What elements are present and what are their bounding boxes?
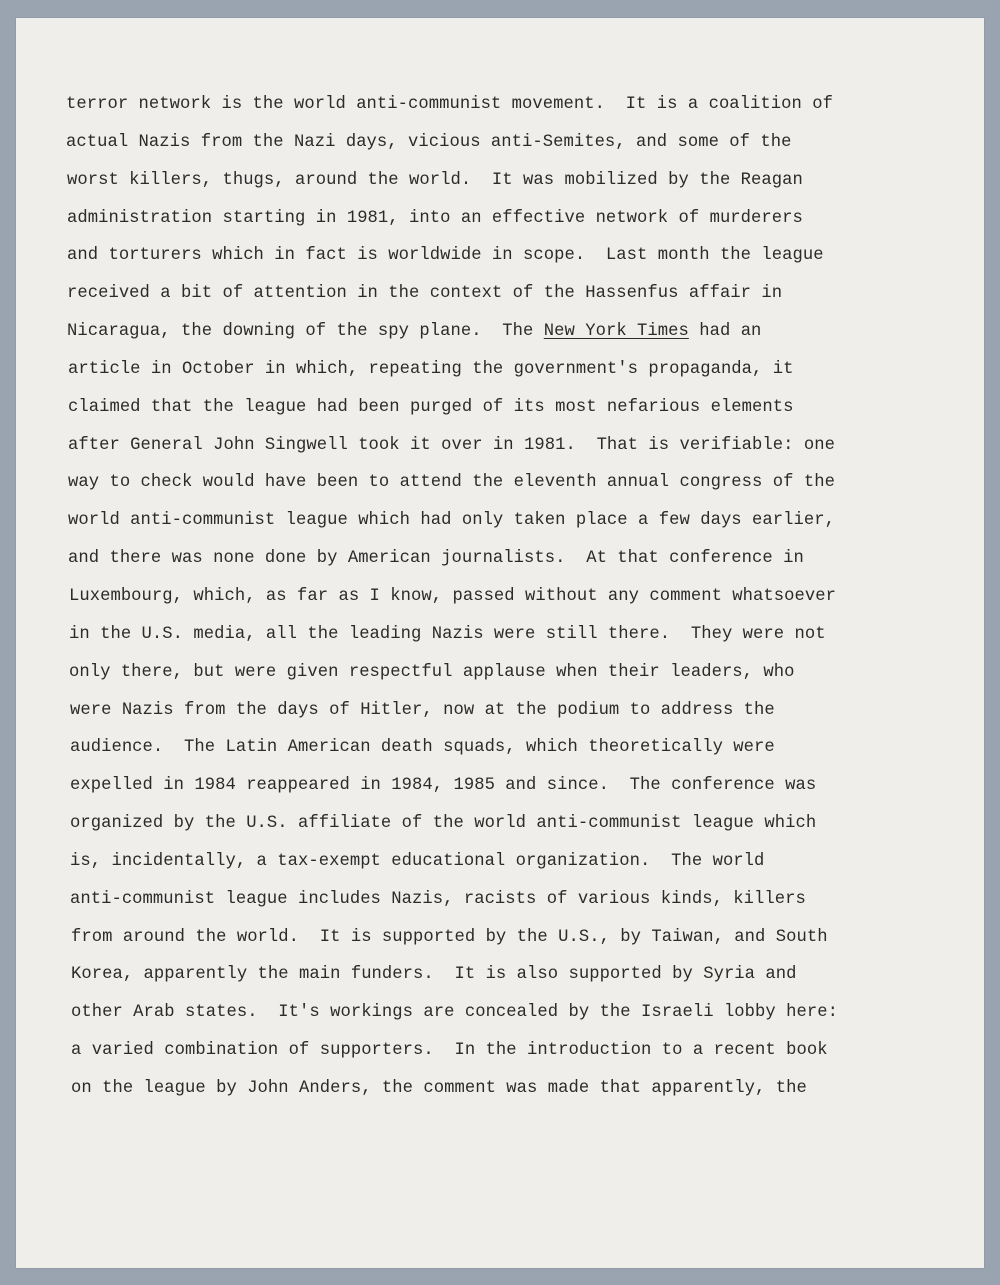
text-segment: had an: [689, 322, 762, 341]
text-line: anti-communist league includes Nazis, ra…: [66, 881, 966, 919]
text-line: in the U.S. media, all the leading Nazis…: [66, 616, 966, 654]
document-page: terror network is the world anti-communi…: [16, 18, 984, 1268]
text-line: administration starting in 1981, into an…: [66, 200, 966, 238]
text-line: world anti-communist league which had on…: [66, 502, 966, 540]
text-line: Korea, apparently the main funders. It i…: [66, 956, 966, 994]
text-line: actual Nazis from the Nazi days, vicious…: [66, 124, 966, 162]
text-line: were Nazis from the days of Hitler, now …: [66, 692, 966, 730]
text-line: worst killers, thugs, around the world. …: [66, 162, 966, 200]
text-line: after General John Singwell took it over…: [66, 427, 966, 465]
text-line: organized by the U.S. affiliate of the w…: [66, 805, 966, 843]
text-line: received a bit of attention in the conte…: [66, 275, 966, 313]
text-line: a varied combination of supporters. In t…: [66, 1032, 966, 1070]
underlined-title-new-york-times: New York Times: [544, 322, 689, 341]
text-line: Nicaragua, the downing of the spy plane.…: [66, 313, 966, 351]
text-line: way to check would have been to attend t…: [66, 464, 966, 502]
text-segment: Nicaragua, the downing of the spy plane.…: [67, 322, 544, 341]
typewritten-body: terror network is the world anti-communi…: [66, 86, 966, 1108]
text-line: is, incidentally, a tax-exempt education…: [66, 843, 966, 881]
text-line: Luxembourg, which, as far as I know, pas…: [66, 578, 966, 616]
text-line: other Arab states. It's workings are con…: [66, 994, 966, 1032]
text-line: and there was none done by American jour…: [66, 540, 966, 578]
text-line: only there, but were given respectful ap…: [66, 654, 966, 692]
text-line: article in October in which, repeating t…: [66, 351, 966, 389]
text-line: on the league by John Anders, the commen…: [66, 1070, 966, 1108]
text-line: expelled in 1984 reappeared in 1984, 198…: [66, 767, 966, 805]
text-line: claimed that the league had been purged …: [66, 389, 966, 427]
text-line: audience. The Latin American death squad…: [66, 729, 966, 767]
text-line: from around the world. It is supported b…: [66, 919, 966, 957]
text-line: terror network is the world anti-communi…: [66, 86, 966, 124]
text-line: and torturers which in fact is worldwide…: [66, 237, 966, 275]
